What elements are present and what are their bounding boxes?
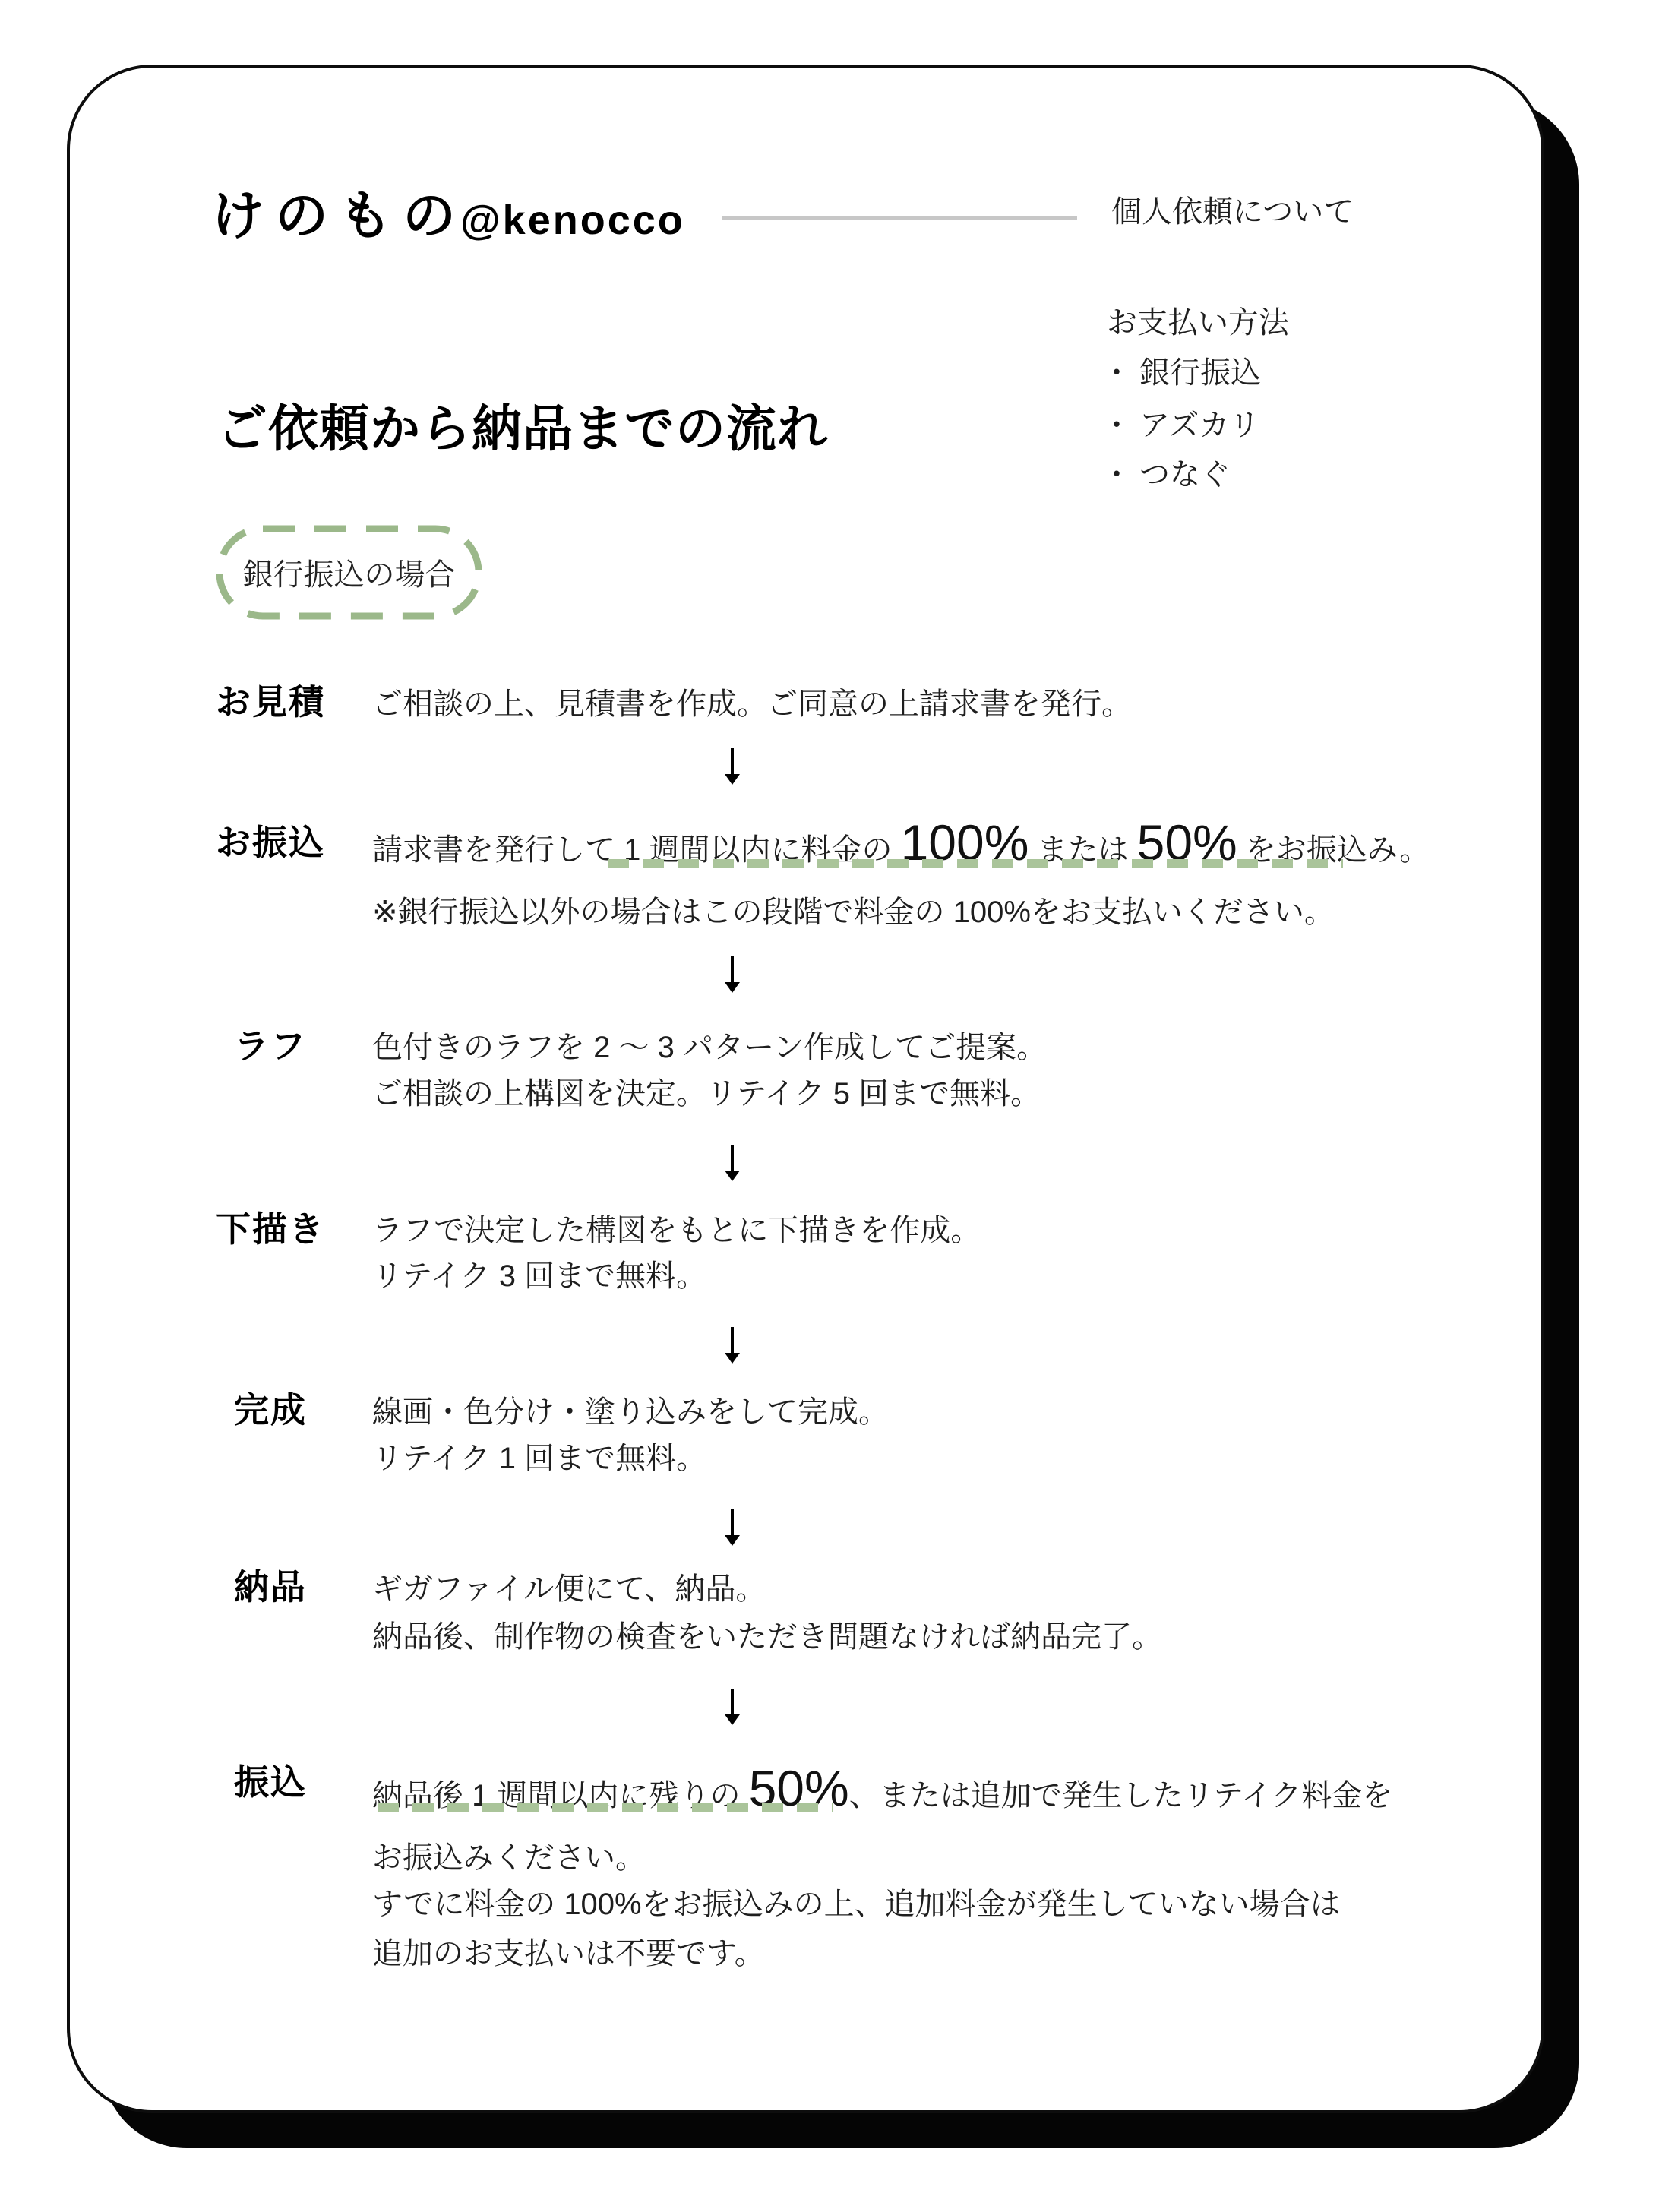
step-label-sketch: 下描き bbox=[205, 1212, 336, 1247]
logo-handle: @kenocco bbox=[460, 200, 685, 241]
step-line: 追加のお支払いは不要です。 bbox=[372, 1935, 765, 1972]
payment-item-azukari: ・アズカリ bbox=[1101, 407, 1259, 444]
bullet-icon: ・ bbox=[1101, 458, 1132, 491]
page-label: 個人依頼について bbox=[1111, 197, 1354, 227]
page-title: ご依頼から納品までの流れ bbox=[217, 403, 828, 453]
step-line: 納品後、制作物の検査をいただき問題なければ納品完了。 bbox=[372, 1619, 1162, 1655]
dashed-underline bbox=[378, 1803, 833, 1812]
case-badge: 銀行振込の場合 bbox=[215, 524, 483, 621]
step-label-estimate: お見積 bbox=[205, 684, 336, 719]
step-label-rough: ラフ bbox=[205, 1029, 336, 1063]
step-line: ご相談の上、見積書を作成。ご同意の上請求書を発行。 bbox=[372, 686, 1132, 722]
payment-item-label: アズカリ bbox=[1139, 409, 1259, 442]
payment-item-label: つなぐ bbox=[1139, 458, 1231, 491]
payments-heading: お支払い方法 bbox=[1107, 305, 1289, 341]
step-line: ラフで決定した構図をもとに下描きを作成。 bbox=[372, 1212, 981, 1249]
bullet-icon: ・ bbox=[1101, 356, 1132, 390]
flow-arrow-down-icon bbox=[722, 1689, 743, 1725]
step-line: ご相談の上構図を決定。リテイク 5 回まで無料。 bbox=[372, 1076, 1041, 1112]
step-line: すでに料金の 100%をお振込みの上、追加料金が発生していない場合は bbox=[372, 1886, 1341, 1923]
flow-arrow-down-icon bbox=[722, 956, 743, 993]
step-label-complete: 完成 bbox=[205, 1392, 336, 1427]
flow-arrow-down-icon bbox=[722, 1327, 743, 1364]
step-line: ギガファイル便にて、納品。 bbox=[372, 1571, 766, 1607]
step-text-segment: 、または追加で発生したリテイク料金を bbox=[849, 1779, 1393, 1812]
step-label-final-payment: 振込 bbox=[205, 1765, 336, 1800]
header-divider bbox=[722, 216, 1077, 220]
step-note: ※銀行振込以外の場合はこの段階で料金の 100%をお支払いください。 bbox=[372, 894, 1335, 931]
flow-arrow-down-icon bbox=[722, 748, 743, 785]
case-badge-label: 銀行振込の場合 bbox=[215, 524, 483, 621]
step-line: お振込みください。 bbox=[372, 1840, 646, 1876]
step-line: 線画・色分け・塗り込みをして完成。 bbox=[372, 1394, 889, 1430]
flow-arrow-down-icon bbox=[722, 1509, 743, 1546]
payment-item-bank: ・銀行振込 bbox=[1101, 355, 1261, 391]
document-card: けのもの @kenocco 個人依頼について お支払い方法 ・銀行振込 ・アズカ… bbox=[67, 65, 1544, 2113]
logo-text: けのもの bbox=[211, 189, 466, 242]
bullet-icon: ・ bbox=[1101, 409, 1132, 442]
dashed-underline bbox=[608, 859, 1343, 868]
payment-item-tsunagu: ・つなぐ bbox=[1101, 457, 1231, 493]
step-line: 色付きのラフを 2 〜 3 パターン作成してご提案。 bbox=[372, 1029, 1047, 1066]
flow-arrow-down-icon bbox=[722, 1145, 743, 1181]
step-label-payment: お振込 bbox=[205, 825, 336, 860]
commission-info-sheet: けのもの @kenocco 個人依頼について お支払い方法 ・銀行振込 ・アズカ… bbox=[0, 0, 1659, 2212]
step-line: リテイク 1 回まで無料。 bbox=[372, 1440, 706, 1477]
step-line: リテイク 3 回まで無料。 bbox=[372, 1258, 706, 1294]
payment-item-label: 銀行振込 bbox=[1139, 356, 1261, 390]
step-label-delivery: 納品 bbox=[205, 1569, 336, 1604]
